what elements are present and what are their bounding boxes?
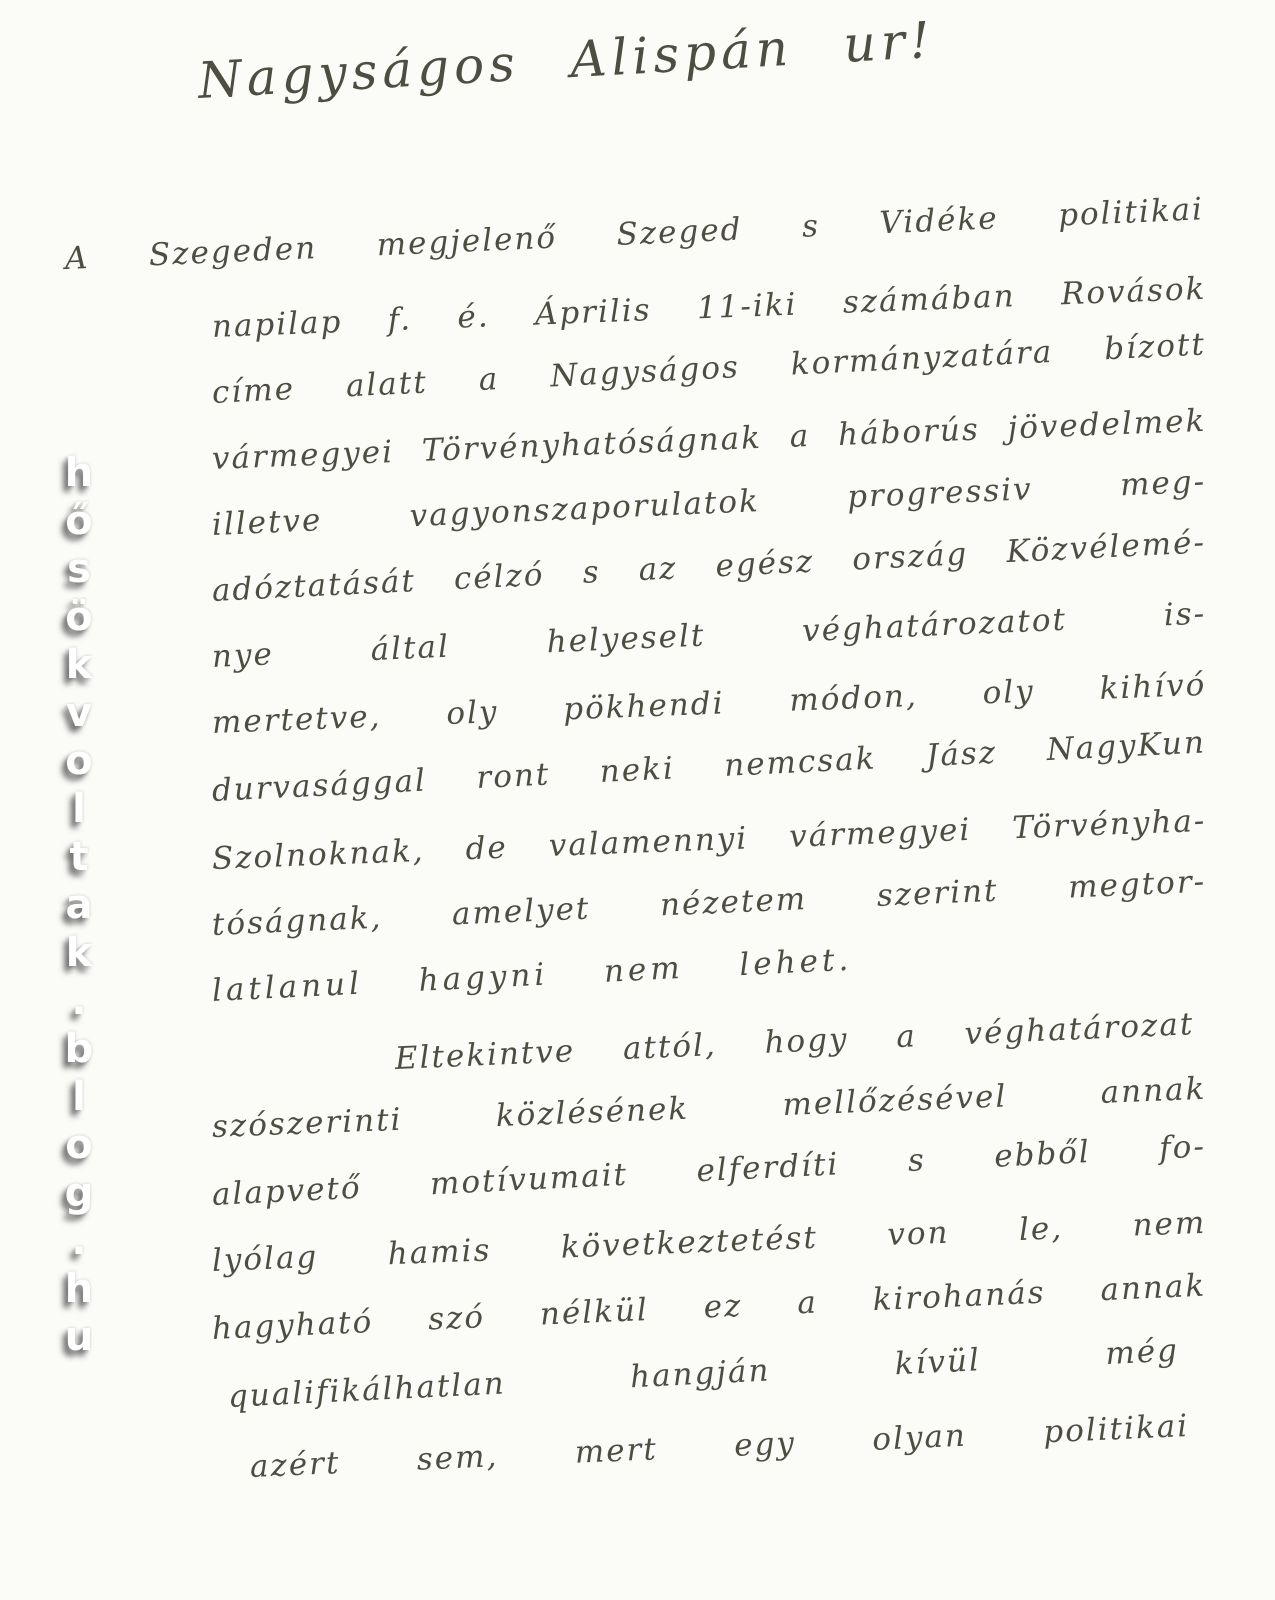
handwritten-line: nye által helyeselt véghatározatot is-: [211, 595, 1207, 677]
handwritten-line: lyólag hamis következtetést von le, nem: [211, 1204, 1207, 1281]
handwritten-line: tóságnak, amelyet nézetem szerint megtor…: [211, 863, 1207, 945]
handwritten-line: qualifikálhatlan hangján kívül még: [227, 1332, 1180, 1417]
handwritten-line: Szolnoknak, de valamennyi vármegyei Törv…: [211, 802, 1207, 879]
letter-body: A Szegeden megjelenő Szeged s Vidéke pol…: [0, 0, 1275, 1600]
handwritten-line: A Szegeden megjelenő Szeged s Vidéke pol…: [64, 190, 1205, 278]
handwritten-line: Eltekintve attól, hogy a véghatározat: [394, 1005, 1195, 1079]
handwritten-line: latlanul hagyni nem lehet.: [211, 941, 853, 1011]
handwritten-line: vármegyei Törvényhatóságnak a háborús jö…: [211, 402, 1207, 479]
scanned-letter-page: hősökvoltak.blog.hu Nagyságos Alispán ur…: [0, 0, 1275, 1600]
handwritten-line: azért sem, mert egy olyan politikai: [249, 1407, 1190, 1487]
